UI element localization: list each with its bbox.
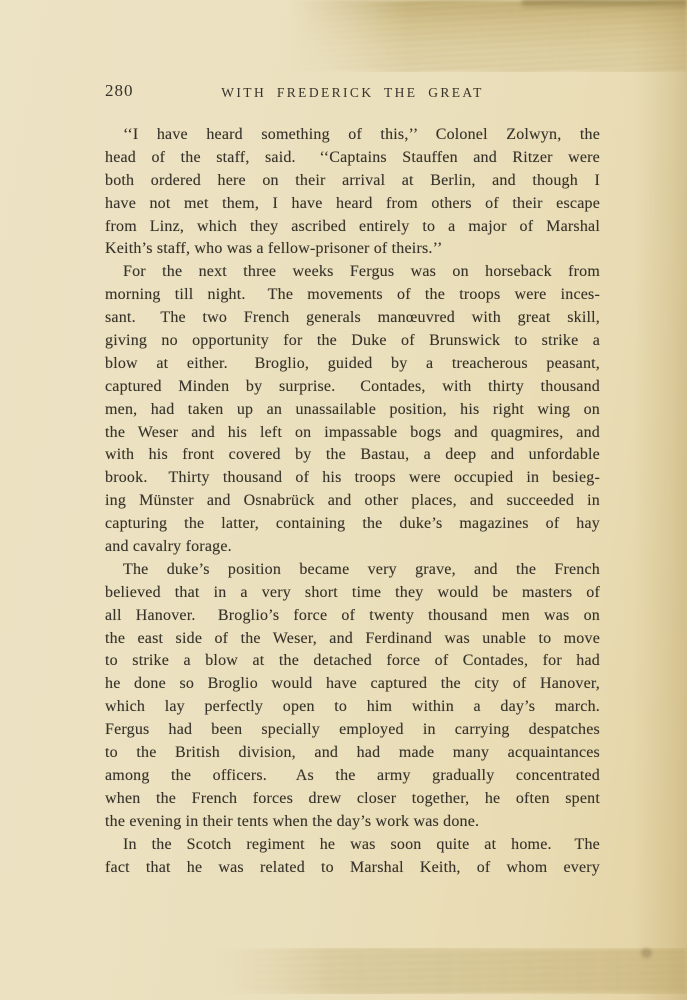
text-line: ing Münster and Osnabrück and other plac… xyxy=(105,490,600,513)
text-line: giving no opportunity for the Duke of Br… xyxy=(105,330,600,353)
text-line: with his front covered by the Bastau, a … xyxy=(105,444,600,467)
text-line: The duke’s position became very grave, a… xyxy=(105,559,600,582)
text-line: fact that he was related to Marshal Keit… xyxy=(105,857,600,880)
text-line: morning till night. The movements of the… xyxy=(105,284,600,307)
paragraph: ‘‘I have heard something of this,’’ Colo… xyxy=(105,124,600,261)
text-line: Fergus had been specially employed in ca… xyxy=(105,719,600,742)
text-line: the east side of the Weser, and Ferdinan… xyxy=(105,628,600,651)
text-line: he done so Broglio would have captured t… xyxy=(105,673,600,696)
paragraph: For the next three weeks Fergus was on h… xyxy=(105,261,600,559)
text-block: ‘‘I have heard something of this,’’ Colo… xyxy=(105,124,600,879)
page-content: 280 WITH FREDERICK THE GREAT ‘‘I have he… xyxy=(105,82,600,879)
page-edge-dark-streak xyxy=(522,0,687,9)
text-line: ‘‘I have heard something of this,’’ Colo… xyxy=(105,124,600,147)
text-line: Keith’s staff, who was a fellow-prisoner… xyxy=(105,238,600,261)
text-line: when the French forces drew closer toget… xyxy=(105,788,600,811)
text-line: men, had taken up an unassailable positi… xyxy=(105,399,600,422)
page-edge-shadow-bottom xyxy=(206,948,687,994)
text-line: captured Minden by surprise. Contades, w… xyxy=(105,376,600,399)
text-line: the Weser and his left on impassable bog… xyxy=(105,422,600,445)
page-edge-shadow-right xyxy=(633,0,687,1000)
text-line: blow at either. Broglio, guided by a tre… xyxy=(105,353,600,376)
text-line: believed that in a very short time they … xyxy=(105,582,600,605)
page-number: 280 xyxy=(105,81,134,101)
text-line: to strike a blow at the detached force o… xyxy=(105,650,600,673)
text-line: which lay perfectly open to him within a… xyxy=(105,696,600,719)
text-line: capturing the latter, containing the duk… xyxy=(105,513,600,536)
running-head: WITH FREDERICK THE GREAT xyxy=(105,82,600,101)
book-page: 280 WITH FREDERICK THE GREAT ‘‘I have he… xyxy=(0,0,687,1000)
text-line: to the British division, and had made ma… xyxy=(105,742,600,765)
page-header: 280 WITH FREDERICK THE GREAT xyxy=(105,82,600,100)
text-line: and cavalry forage. xyxy=(105,536,600,559)
text-line: all Hanover. Broglio’s force of twenty t… xyxy=(105,605,600,628)
text-line: the evening in their tents when the day’… xyxy=(105,811,600,834)
text-line: both ordered here on their arrival at Be… xyxy=(105,170,600,193)
text-line: brook. Thirty thousand of his troops wer… xyxy=(105,467,600,490)
paper-smudge xyxy=(641,948,652,958)
text-line: from Linz, which they ascribed entirely … xyxy=(105,216,600,239)
text-line: among the officers. As the army graduall… xyxy=(105,765,600,788)
text-line: head of the staff, said. ‘‘Captains Stau… xyxy=(105,147,600,170)
page-edge-shadow-top xyxy=(289,0,687,72)
text-line: For the next three weeks Fergus was on h… xyxy=(105,261,600,284)
text-line: have not met them, I have heard from oth… xyxy=(105,193,600,216)
text-line: In the Scotch regiment he was soon quite… xyxy=(105,834,600,857)
paragraph: In the Scotch regiment he was soon quite… xyxy=(105,834,600,880)
text-line: sant. The two French generals manœuvred … xyxy=(105,307,600,330)
paragraph: The duke’s position became very grave, a… xyxy=(105,559,600,834)
